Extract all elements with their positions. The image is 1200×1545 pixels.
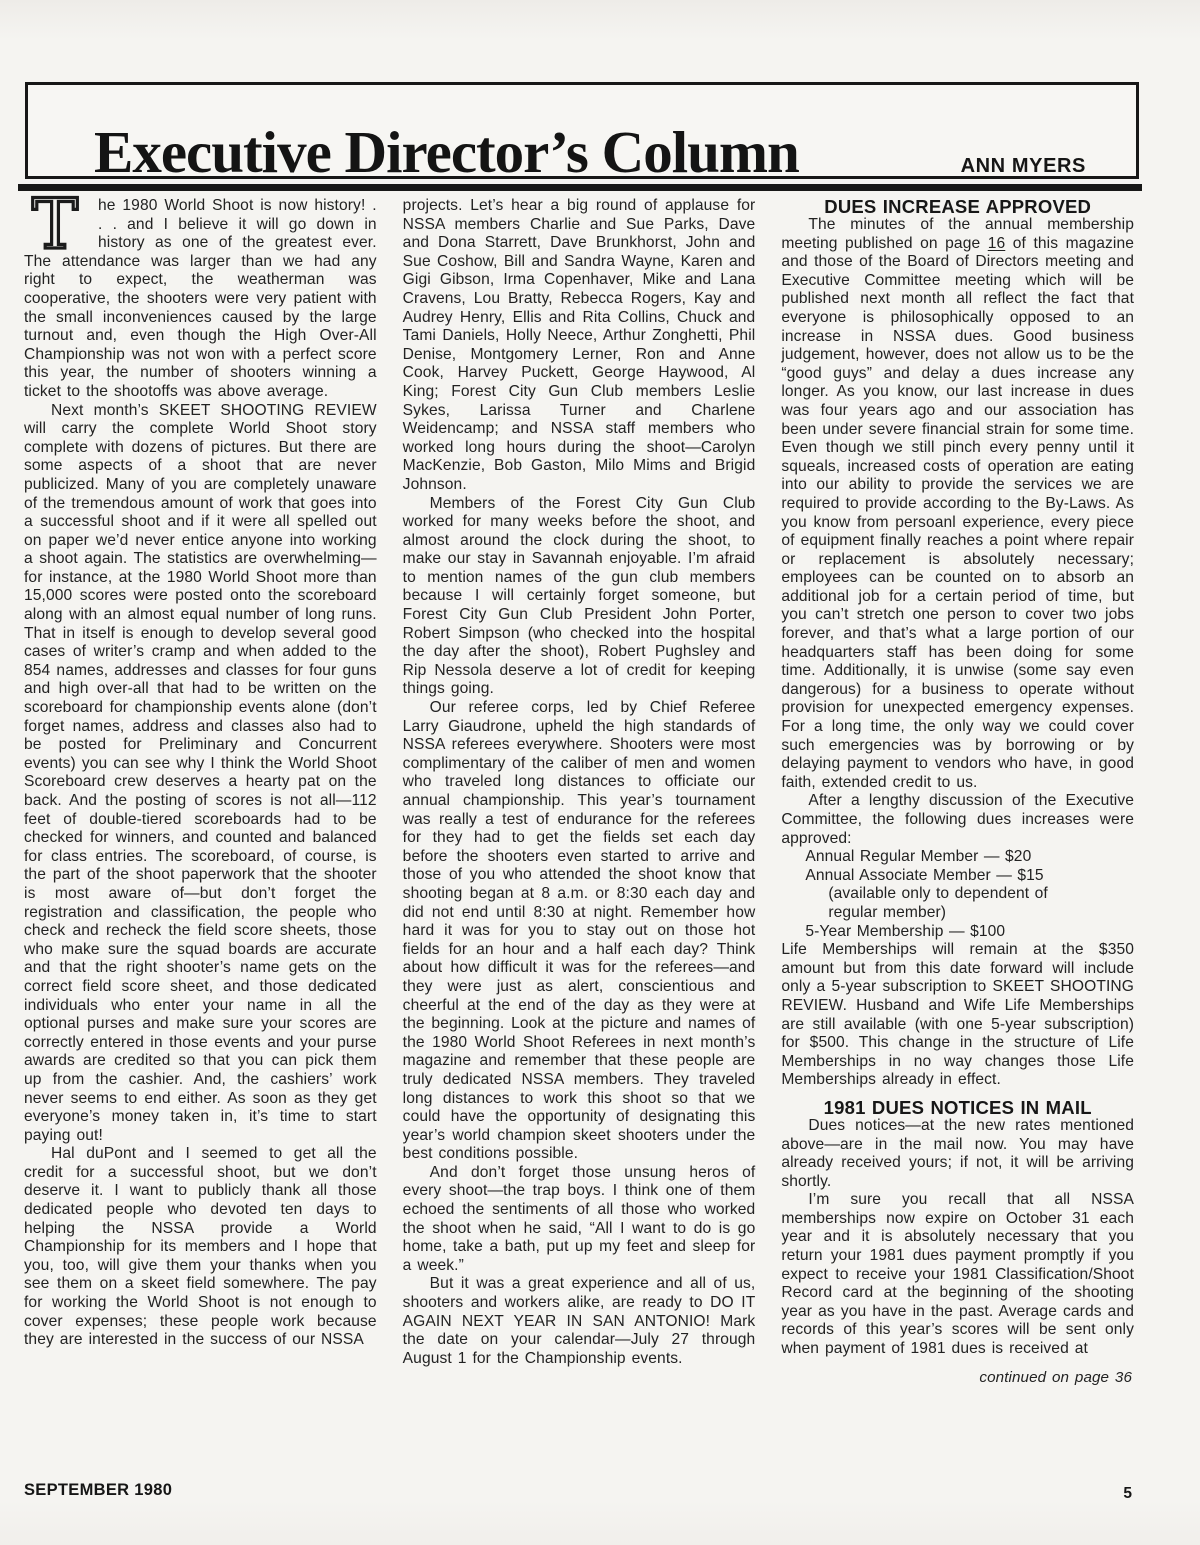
section-heading-dues-notices: 1981 DUES NOTICES IN MAIL [781, 1098, 1134, 1117]
paragraph: projects. Let’s hear a big round of appl… [403, 197, 756, 495]
header-rule [18, 184, 1142, 191]
paragraph: Life Memberships will remain at the $350… [781, 941, 1134, 1090]
footer-issue-date: SEPTEMBER 1980 [24, 1481, 172, 1500]
dropcap-letter: T [24, 198, 86, 251]
paragraph: But it was a great experience and all of… [403, 1275, 756, 1368]
dues-item-associate-note: (available only to dependent of regular … [781, 885, 1134, 922]
paragraph: Members of the Forest City Gun Club work… [403, 495, 756, 700]
section-heading-dues-increase: DUES INCREASE APPROVED [781, 197, 1134, 216]
dues-item-associate: Annual Associate Member — $15 [781, 867, 1134, 886]
dropcap-T-glyph: T [24, 198, 86, 251]
page-reference: 16 [988, 235, 1006, 252]
opening-paragraph: T he 1980 World Shoot is now history! . … [24, 197, 377, 402]
paragraph: I’m sure you recall that all NSSA member… [781, 1191, 1134, 1358]
article-body: T he 1980 World Shoot is now history! . … [24, 197, 1134, 1387]
paragraph: After a lengthy discussion of the Execut… [781, 792, 1134, 848]
paragraph: Our referee corps, led by Chief Referee … [403, 699, 756, 1164]
article-header-box: Executive Director’s Column ANN MYERS [25, 82, 1139, 179]
column-2: projects. Let’s hear a big round of appl… [403, 197, 756, 1387]
paragraph-text: of this magazine and those of the Board … [781, 235, 1134, 791]
magazine-page: Executive Director’s Column ANN MYERS T … [0, 0, 1200, 1545]
paragraph: And don’t forget those unsung heros of e… [403, 1164, 756, 1276]
footer-page-number: 5 [1123, 1485, 1132, 1503]
column-1: T he 1980 World Shoot is now history! . … [24, 197, 377, 1387]
dues-item-regular: Annual Regular Member — $20 [781, 848, 1134, 867]
article-title: Executive Director’s Column [94, 123, 961, 182]
paragraph: The minutes of the annual membership mee… [781, 216, 1134, 792]
paragraph: Hal duPont and I seemed to get all the c… [24, 1145, 377, 1350]
continued-on-page-note: continued on page 36 [781, 1369, 1134, 1388]
paragraph: Next month’s SKEET SHOOTING REVIEW will … [24, 402, 377, 1146]
dues-item-five-year: 5-Year Membership — $100 [781, 923, 1134, 942]
author-byline: ANN MYERS [961, 155, 1086, 178]
column-3: DUES INCREASE APPROVED The minutes of th… [781, 197, 1134, 1387]
paragraph: Dues notices—at the new rates mentioned … [781, 1117, 1134, 1191]
